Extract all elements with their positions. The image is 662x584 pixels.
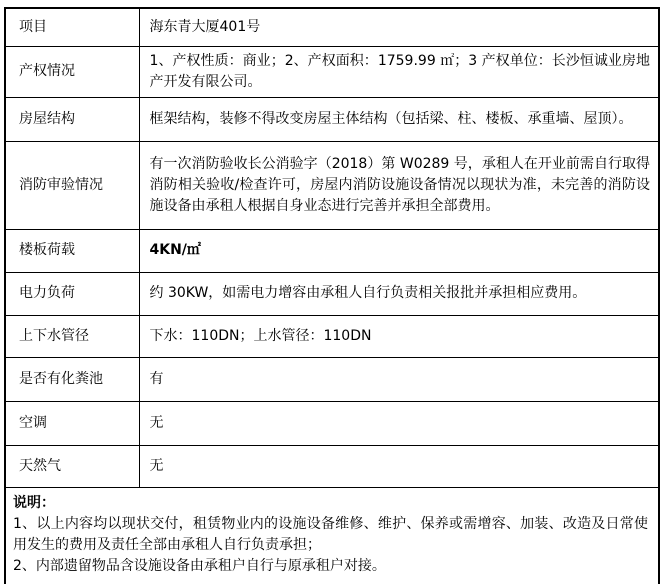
row-value-property-rights: 1、产权性质：商业；2、产权面积：1759.99 ㎡；3 产权单位：长沙恒诚业房… xyxy=(139,46,659,97)
table-row: 消防审验情况 有一次消防验收长公消验字（2018）第 W0289 号，承租人在开… xyxy=(5,141,659,229)
row-label-air-conditioning: 空调 xyxy=(5,401,139,445)
row-label-floor-load: 楼板荷载 xyxy=(5,229,139,272)
row-value-natural-gas: 无 xyxy=(139,445,659,487)
table-row: 电力负荷 约 30KW，如需电力增容由承租人自行负责相关报批并承担相应费用。 xyxy=(5,272,659,315)
row-label-item: 项目 xyxy=(5,8,139,46)
row-label-fire-inspection: 消防审验情况 xyxy=(5,141,139,229)
table-row: 天然气 无 xyxy=(5,445,659,487)
table-row: 空调 无 xyxy=(5,401,659,445)
table-row: 项目 海东青大厦401号 xyxy=(5,8,659,46)
table-row: 房屋结构 框架结构，装修不得改变房屋主体结构（包括梁、柱、楼板、承重墙、屋顶）。 xyxy=(5,97,659,141)
row-label-septic-tank: 是否有化粪池 xyxy=(5,357,139,401)
table-row: 产权情况 1、产权性质：商业；2、产权面积：1759.99 ㎡；3 产权单位：长… xyxy=(5,46,659,97)
row-value-item: 海东青大厦401号 xyxy=(139,8,659,46)
notes-title: 说明： xyxy=(13,493,648,514)
row-value-air-conditioning: 无 xyxy=(139,401,659,445)
table-row: 是否有化粪池 有 xyxy=(5,357,659,401)
notes-line-2: 2、内部遗留物品含设施设备由承租户自行与原承租户对接。 xyxy=(13,556,648,577)
row-value-water-pipe: 下水：110DN；上水管径：110DN xyxy=(139,315,659,357)
notes-line-1: 1、以上内容均以现状交付，租赁物业内的设施设备维修、维护、保养或需增容、加装、改… xyxy=(13,514,648,556)
row-label-water-pipe: 上下水管径 xyxy=(5,315,139,357)
row-label-power-load: 电力负荷 xyxy=(5,272,139,315)
notes-row: 说明： 1、以上内容均以现状交付，租赁物业内的设施设备维修、维护、保养或需增容、… xyxy=(5,487,659,584)
row-label-natural-gas: 天然气 xyxy=(5,445,139,487)
row-value-power-load: 约 30KW，如需电力增容由承租人自行负责相关报批并承担相应费用。 xyxy=(139,272,659,315)
row-label-building-structure: 房屋结构 xyxy=(5,97,139,141)
row-value-septic-tank: 有 xyxy=(139,357,659,401)
table-row: 楼板荷载 4KN/㎡ xyxy=(5,229,659,272)
table-row: 上下水管径 下水：110DN；上水管径：110DN xyxy=(5,315,659,357)
row-value-floor-load: 4KN/㎡ xyxy=(139,229,659,272)
row-value-building-structure: 框架结构，装修不得改变房屋主体结构（包括梁、柱、楼板、承重墙、屋顶）。 xyxy=(139,97,659,141)
property-info-table: 项目 海东青大厦401号 产权情况 1、产权性质：商业；2、产权面积：1759.… xyxy=(4,7,660,584)
row-label-property-rights: 产权情况 xyxy=(5,46,139,97)
notes-cell: 说明： 1、以上内容均以现状交付，租赁物业内的设施设备维修、维护、保养或需增容、… xyxy=(5,487,659,584)
row-value-fire-inspection: 有一次消防验收长公消验字（2018）第 W0289 号，承租人在开业前需自行取得… xyxy=(139,141,659,229)
